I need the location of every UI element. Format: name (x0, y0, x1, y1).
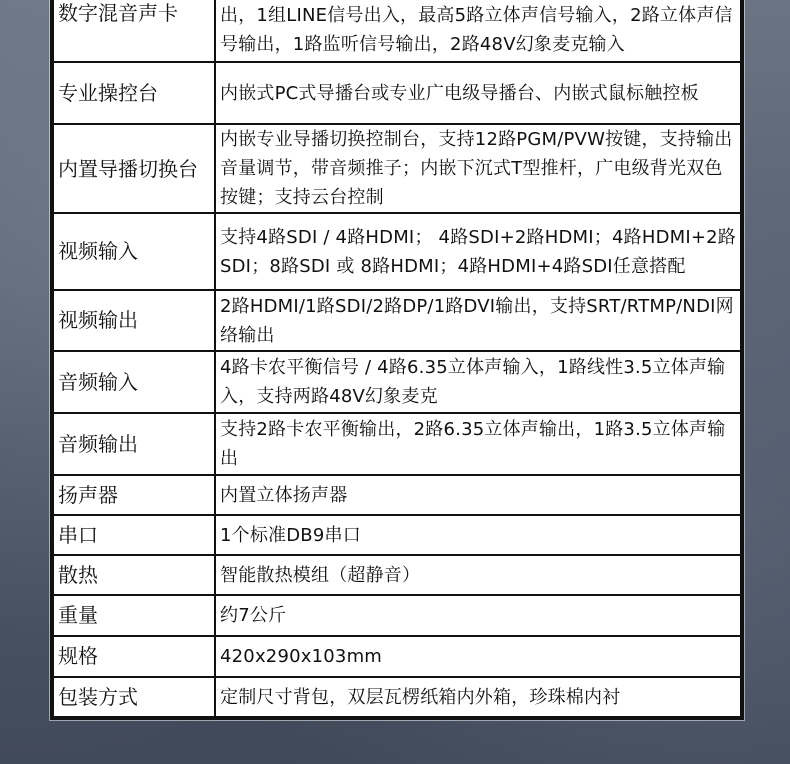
row-label-video-output: 视频输出 (53, 290, 215, 351)
row-label-digital-mixer: 数字混音声卡 (53, 0, 215, 62)
table-row: 视频输入 支持4路SDI / 4路HDMI； 4路SDI+2路HDMI；4路HD… (53, 213, 741, 290)
table-row: 专业操控台 内嵌式PC式导播台或专业广电级导播台、内嵌式鼠标触控板 (53, 62, 741, 124)
row-value-console: 内嵌式PC式导播台或专业广电级导播台、内嵌式鼠标触控板 (215, 62, 741, 124)
table-row: 数字混音声卡 出，1组LINE信号出入，最高5路立体声信号输入，2路立体声信号输… (53, 0, 741, 62)
row-value-switcher: 内嵌专业导播切换控制台，支持12路PGM/PVW按键，支持输出音量调节，带音频推… (215, 124, 741, 213)
row-label-cooling: 散热 (53, 555, 215, 595)
row-label-serial-port: 串口 (53, 515, 215, 555)
row-value-packaging: 定制尺寸背包，双层瓦楞纸箱内外箱，珍珠棉内衬 (215, 677, 741, 717)
row-label-switcher: 内置导播切换台 (53, 124, 215, 213)
row-value-cooling: 智能散热模组（超静音） (215, 555, 741, 595)
row-value-digital-mixer: 出，1组LINE信号出入，最高5路立体声信号输入，2路立体声信号输出，1路监听信… (215, 0, 741, 62)
table-row: 音频输入 4路卡农平衡信号 / 4路6.35立体声输入，1路线性3.5立体声输入… (53, 351, 741, 413)
table-row: 重量 约7公斤 (53, 595, 741, 636)
row-value-video-input: 支持4路SDI / 4路HDMI； 4路SDI+2路HDMI；4路HDMI+2路… (215, 213, 741, 290)
row-label-weight: 重量 (53, 595, 215, 636)
table-row: 散热 智能散热模组（超静音） (53, 555, 741, 595)
table-row: 规格 420x290x103mm (53, 636, 741, 677)
table-row: 视频输出 2路HDMI/1路SDI/2路DP/1路DVI输出，支持SRT/RTM… (53, 290, 741, 351)
row-value-audio-output: 支持2路卡农平衡输出，2路6.35立体声输出，1路3.5立体声输出 (215, 413, 741, 475)
row-value-audio-input: 4路卡农平衡信号 / 4路6.35立体声输入，1路线性3.5立体声输入，支持两路… (215, 351, 741, 413)
row-label-console: 专业操控台 (53, 62, 215, 124)
row-label-packaging: 包装方式 (53, 677, 215, 717)
table-row: 串口 1个标准DB9串口 (53, 515, 741, 555)
row-value-serial-port: 1个标准DB9串口 (215, 515, 741, 555)
table-row: 音频输出 支持2路卡农平衡输出，2路6.35立体声输出，1路3.5立体声输出 (53, 413, 741, 475)
row-value-dimensions: 420x290x103mm (215, 636, 741, 677)
row-label-dimensions: 规格 (53, 636, 215, 677)
row-value-video-output: 2路HDMI/1路SDI/2路DP/1路DVI输出，支持SRT/RTMP/NDI… (215, 290, 741, 351)
row-label-speaker: 扬声器 (53, 475, 215, 515)
table-row: 包装方式 定制尺寸背包，双层瓦楞纸箱内外箱，珍珠棉内衬 (53, 677, 741, 717)
row-value-speaker: 内置立体扬声器 (215, 475, 741, 515)
spec-table: 数字混音声卡 出，1组LINE信号出入，最高5路立体声信号输入，2路立体声信号输… (50, 0, 744, 720)
row-label-audio-input: 音频输入 (53, 351, 215, 413)
row-label-video-input: 视频输入 (53, 213, 215, 290)
table-row: 扬声器 内置立体扬声器 (53, 475, 741, 515)
table-row: 内置导播切换台 内嵌专业导播切换控制台，支持12路PGM/PVW按键，支持输出音… (53, 124, 741, 213)
row-value-weight: 约7公斤 (215, 595, 741, 636)
row-label-audio-output: 音频输出 (53, 413, 215, 475)
